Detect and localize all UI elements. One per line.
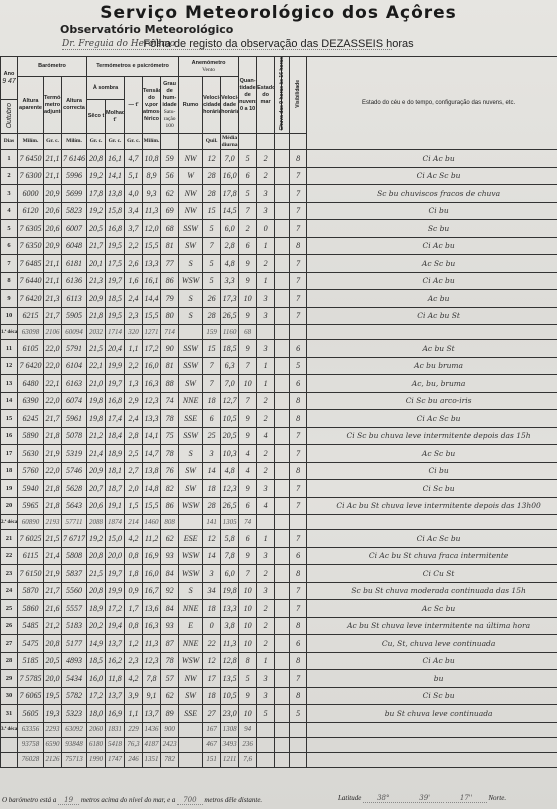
nuv-cell: 74 xyxy=(239,515,257,530)
term-cell: 21,9 xyxy=(44,445,62,463)
alt-cell: 7 6450 xyxy=(18,150,44,168)
tens-cell: 11,3 xyxy=(143,635,161,653)
chuva-cell xyxy=(275,150,290,168)
seco-cell: 14,9 xyxy=(87,635,106,653)
med-cell: 4,8 xyxy=(221,462,239,480)
unit-cell xyxy=(239,134,257,150)
corr-cell: 5961 xyxy=(62,410,87,428)
day-cell: 23 xyxy=(1,565,18,583)
table-row: 25586021,6555718,917,21,713,684NNE1813,3… xyxy=(1,600,557,618)
nuv-total-cell: 7,6 xyxy=(239,752,257,767)
nuv-cell: 9 xyxy=(239,307,257,325)
unit-cell: Média diurna xyxy=(221,134,239,150)
nuv-cell: 7 xyxy=(239,357,257,375)
tens-cell: 7,8 xyxy=(143,670,161,688)
vis-cell: 7 xyxy=(290,445,307,463)
seco-cell: 18,9 xyxy=(87,600,106,618)
day-cell: 28 xyxy=(1,652,18,670)
day-cell: 3 xyxy=(1,185,18,203)
vel-cell: 25 xyxy=(203,427,221,445)
chuva-total-cell xyxy=(275,752,290,767)
vel-cell: 17 xyxy=(203,670,221,688)
chuva-cell xyxy=(275,530,290,548)
rumo-cell: WSW xyxy=(179,547,203,565)
table-row: 127 642022,0610422,119,92,216,081SSW76,3… xyxy=(1,357,557,375)
molh-total-cell: 1747 xyxy=(106,752,125,767)
med-cell: 7,8 xyxy=(221,547,239,565)
rumo-total-cell xyxy=(179,752,203,767)
table-row: 217 602521,57 671719,215,04,211,262ESE12… xyxy=(1,530,557,548)
totals-row: 7602821267571319901747246135178215112117… xyxy=(1,752,557,767)
day-cell: 31 xyxy=(1,705,18,723)
rumo-cell: SSE xyxy=(179,410,203,428)
alt-cell: 5940 xyxy=(18,480,44,498)
mar-total-cell xyxy=(257,752,275,767)
molh-cell: 19,9 xyxy=(106,357,125,375)
rumo-cell: SSW xyxy=(179,340,203,358)
med-cell: 10,5 xyxy=(221,410,239,428)
hum-cell: 79 xyxy=(161,290,179,308)
rumo-cell: E xyxy=(179,617,203,635)
table-row: 11610522,0579121,520,41,117,290SSW1518,5… xyxy=(1,340,557,358)
vis-cell: 8 xyxy=(290,565,307,583)
rumo-cell: NW xyxy=(179,150,203,168)
rumo-cell: S xyxy=(179,445,203,463)
sky-state-cell: Ac Sc bu xyxy=(307,600,557,618)
latitude-line: Latitude 38° 39' 17'' Norte. xyxy=(338,794,506,802)
chuva-cell xyxy=(275,600,290,618)
year-header: Ano9 47 xyxy=(1,57,18,100)
chuva-cell xyxy=(275,237,290,255)
rumo-cell: W xyxy=(179,167,203,185)
tens-cell: 15,5 xyxy=(143,307,161,325)
clouds-header: Quan-tidade de nuvens 0 a 10 xyxy=(239,57,257,134)
seco-cell: 21,7 xyxy=(87,237,106,255)
mar-cell: 1 xyxy=(257,375,275,393)
molh-cell: 13,7 xyxy=(106,687,125,705)
nuv-cell: 9 xyxy=(239,547,257,565)
chuva-cell xyxy=(275,445,290,463)
alt-cell: 7 6485 xyxy=(18,255,44,273)
nuv-cell: 9 xyxy=(239,687,257,705)
chuva-total-cell xyxy=(275,737,290,752)
molh-cell: 19,7 xyxy=(106,565,125,583)
day-cell: 29 xyxy=(1,670,18,688)
tens-cell: 8,9 xyxy=(143,167,161,185)
vis-cell: 6 xyxy=(290,340,307,358)
hum-cell: 76 xyxy=(161,462,179,480)
tens-cell: 9,3 xyxy=(143,185,161,203)
seco-cell: 22,1 xyxy=(87,357,106,375)
tens-cell: 16,7 xyxy=(143,582,161,600)
molh-cell: 1874 xyxy=(106,515,125,530)
sheet-subtitle: Fôlha de registo da observação das DEZAS… xyxy=(0,38,557,50)
molh-cell: 18,7 xyxy=(106,480,125,498)
diff-cell: 2,2 xyxy=(125,357,143,375)
sky-state-cell xyxy=(307,737,557,752)
rumo-cell: SW xyxy=(179,462,203,480)
med-cell: 17,3 xyxy=(221,290,239,308)
mar-cell: 3 xyxy=(257,340,275,358)
diff-cell: 1,7 xyxy=(125,600,143,618)
day-cell: 21 xyxy=(1,530,18,548)
mar-cell: 2 xyxy=(257,600,275,618)
diff-cell: 0,8 xyxy=(125,617,143,635)
unit-cell xyxy=(290,134,307,150)
nuv-cell: 4 xyxy=(239,462,257,480)
nuv-cell: 9 xyxy=(239,410,257,428)
chuva-cell xyxy=(275,617,290,635)
hum-cell: 81 xyxy=(161,357,179,375)
med-cell: 6,0 xyxy=(221,220,239,238)
molh-cell: 15,0 xyxy=(106,530,125,548)
sky-state-cell: Ci Sc bu xyxy=(307,480,557,498)
barometer-height-value: 19 xyxy=(58,796,79,805)
day-cell: 1 xyxy=(1,150,18,168)
corr-cell: 5434 xyxy=(62,670,87,688)
vel-cell: 22 xyxy=(203,635,221,653)
alt-cell: 7 6025 xyxy=(18,530,44,548)
rumo-cell: ESE xyxy=(179,530,203,548)
corr-cell: 5996 xyxy=(62,167,87,185)
alt-cell: 7 6305 xyxy=(18,220,44,238)
day-cell: 15 xyxy=(1,410,18,428)
day-cell: 7 xyxy=(1,255,18,273)
nuv-cell: 6 xyxy=(239,530,257,548)
corr-total-cell: 75713 xyxy=(62,752,87,767)
seco-cell: 18,0 xyxy=(87,705,106,723)
corr-cell: 63092 xyxy=(62,722,87,737)
med-cell: 1308 xyxy=(221,722,239,737)
vapour-tension-header: Tensão do v.por atmos-férico xyxy=(143,77,161,134)
nuv-cell: 9 xyxy=(239,255,257,273)
hum-cell: 77 xyxy=(161,255,179,273)
diff-cell: 3,4 xyxy=(125,202,143,220)
vel-cell: 14 xyxy=(203,547,221,565)
table-row: 17563021,9531921,418,92,514,778S310,3427… xyxy=(1,445,557,463)
hum-cell: 62 xyxy=(161,530,179,548)
tens-cell: 13,8 xyxy=(143,462,161,480)
mar-cell: 3 xyxy=(257,480,275,498)
term-total-cell: 2126 xyxy=(44,752,62,767)
nuv-cell: 4 xyxy=(239,445,257,463)
table-row: 13648022,1616321,019,71,316,388SW77,0101… xyxy=(1,375,557,393)
sky-state-cell xyxy=(307,515,557,530)
term-cell: 22,0 xyxy=(44,462,62,480)
corr-cell: 60094 xyxy=(62,325,87,340)
alt-cell: 6215 xyxy=(18,307,44,325)
sky-state-cell: Ci Ac bu xyxy=(307,237,557,255)
unit-cell xyxy=(161,134,179,150)
sky-state-cell: Ac, bu, bruma xyxy=(307,375,557,393)
tens-total-cell: 4187 xyxy=(143,737,161,752)
hum-cell: 68 xyxy=(161,220,179,238)
seco-cell: 20,8 xyxy=(87,547,106,565)
alt-cell: 6000 xyxy=(18,185,44,203)
sky-state-cell: Ac bu St xyxy=(307,340,557,358)
hum-cell: 808 xyxy=(161,515,179,530)
vis-cell: 8 xyxy=(290,237,307,255)
term-cell: 20,6 xyxy=(44,202,62,220)
seco-cell: 19,8 xyxy=(87,410,106,428)
sky-state-header: Estado do céu e do tempo, configuração d… xyxy=(307,57,557,150)
mar-total-cell xyxy=(257,737,275,752)
chuva-cell xyxy=(275,255,290,273)
vel-cell: 18 xyxy=(203,480,221,498)
tens-total-cell: 1351 xyxy=(143,752,161,767)
rumo-cell: SSW xyxy=(179,220,203,238)
vis-cell: 5 xyxy=(290,357,307,375)
med-cell: 5,8 xyxy=(221,530,239,548)
seco-cell: 21,0 xyxy=(87,375,106,393)
corr-cell: 5791 xyxy=(62,340,87,358)
chuva-cell xyxy=(275,410,290,428)
table-row: 307 606519,5578217,213,73,99,162SW1810,5… xyxy=(1,687,557,705)
med-total-cell: 1211 xyxy=(221,752,239,767)
chuva-cell xyxy=(275,185,290,203)
corr-cell: 5823 xyxy=(62,202,87,220)
seco-cell: 19,8 xyxy=(87,392,106,410)
diff-cell: 214 xyxy=(125,515,143,530)
mar-cell: 3 xyxy=(257,670,275,688)
vis-cell xyxy=(290,325,307,340)
day-cell: 17 xyxy=(1,445,18,463)
molh-cell: 16,8 xyxy=(106,392,125,410)
corr-cell: 5560 xyxy=(62,582,87,600)
med-cell: 19,8 xyxy=(221,582,239,600)
vis-total-cell xyxy=(290,737,307,752)
hum-cell: 62 xyxy=(161,687,179,705)
nuv-cell: 10 xyxy=(239,290,257,308)
alt-cell: 5860 xyxy=(18,600,44,618)
corr-cell: 5183 xyxy=(62,617,87,635)
med-cell: 18,5 xyxy=(221,340,239,358)
molh-cell: 1714 xyxy=(106,325,125,340)
alt-cell: 5760 xyxy=(18,462,44,480)
corr-cell: 7 6146 xyxy=(62,150,87,168)
hum-cell: 92 xyxy=(161,582,179,600)
med-cell: 13,3 xyxy=(221,600,239,618)
sky-state-cell: Ci Ac bu St chuva fraca intermitente xyxy=(307,547,557,565)
seco-cell: 17,2 xyxy=(87,687,106,705)
hum-total-cell: 782 xyxy=(161,752,179,767)
alt-cell: 7 6420 xyxy=(18,290,44,308)
wet-bulb-header: Molhado t' xyxy=(106,100,125,134)
hum-cell: 84 xyxy=(161,565,179,583)
molh-cell: 17,4 xyxy=(106,410,125,428)
decade-label: 2.ª década xyxy=(1,515,18,530)
med-cell: 23,0 xyxy=(221,705,239,723)
hum-cell: 80 xyxy=(161,307,179,325)
vel-cell: 6 xyxy=(203,410,221,428)
seco-total-cell: 6180 xyxy=(87,737,106,752)
sky-state-cell: Ci Sc bu arco-iris xyxy=(307,392,557,410)
term-cell: 21,8 xyxy=(44,427,62,445)
table-row: 31560519,3532318,016,91,113,789SSE2723,0… xyxy=(1,705,557,723)
molh-cell: 14,1 xyxy=(106,167,125,185)
vel-cell: 28 xyxy=(203,497,221,515)
vis-cell: 6 xyxy=(290,375,307,393)
day-cell: 14 xyxy=(1,392,18,410)
vel-cell: 14 xyxy=(203,462,221,480)
vis-cell: 7 xyxy=(290,582,307,600)
seco-cell: 18,5 xyxy=(87,652,106,670)
sky-state-cell xyxy=(307,752,557,767)
alt-cell: 63098 xyxy=(18,325,44,340)
day-cell: 22 xyxy=(1,547,18,565)
sky-state-cell: Ci Ac Sc bu xyxy=(307,530,557,548)
tens-cell: 1460 xyxy=(143,515,161,530)
med-cell: 3,3 xyxy=(221,272,239,290)
diff-cell: 1,1 xyxy=(125,340,143,358)
nuv-cell: 10 xyxy=(239,375,257,393)
sky-state-cell: Ci Ac bu xyxy=(307,652,557,670)
tens-cell: 11,2 xyxy=(143,530,161,548)
med-cell: 26,5 xyxy=(221,307,239,325)
rumo-cell: S xyxy=(179,307,203,325)
med-cell: 26,5 xyxy=(221,497,239,515)
sky-state-cell: Ac bu bruma xyxy=(307,357,557,375)
vis-total-cell xyxy=(290,752,307,767)
day-cell: 2 xyxy=(1,167,18,185)
diff-cell: 2,0 xyxy=(125,480,143,498)
hum-total-cell: 2423 xyxy=(161,737,179,752)
humidity-header: Grau de hum-idadeSatu-ração 100 xyxy=(161,77,179,134)
seco-cell: 17,8 xyxy=(87,185,106,203)
table-row: 57 630520,6600720,516,83,712,068SSW56,02… xyxy=(1,220,557,238)
alt-cell: 7 6440 xyxy=(18,272,44,290)
term-cell: 21,1 xyxy=(44,255,62,273)
vel-total-cell: 467 xyxy=(203,737,221,752)
diff-cell: 320 xyxy=(125,325,143,340)
vel-cell: 7 xyxy=(203,375,221,393)
vis-cell: 7 xyxy=(290,307,307,325)
mar-cell: 3 xyxy=(257,547,275,565)
vis-cell xyxy=(290,722,307,737)
molh-cell: 19,4 xyxy=(106,617,125,635)
nuv-cell: 6 xyxy=(239,167,257,185)
corr-cell: 5078 xyxy=(62,427,87,445)
alt-cell: 6120 xyxy=(18,202,44,220)
nuv-cell: 10 xyxy=(239,582,257,600)
corr-cell: 5177 xyxy=(62,635,87,653)
sky-state-cell: Ci Cu St xyxy=(307,565,557,583)
sky-state-cell: Ac Sc bu xyxy=(307,445,557,463)
hum-cell: 74 xyxy=(161,392,179,410)
table-row: 3600020,9569917,813,84,09,362NW2817,8537… xyxy=(1,185,557,203)
hum-cell: 82 xyxy=(161,480,179,498)
day-cell: 30 xyxy=(1,687,18,705)
molh-cell: 19,9 xyxy=(106,582,125,600)
term-cell: 21,5 xyxy=(44,530,62,548)
term-cell: 21,6 xyxy=(44,600,62,618)
corr-total-cell: 93848 xyxy=(62,737,87,752)
nuv-cell: 2 xyxy=(239,220,257,238)
hum-cell: 90 xyxy=(161,340,179,358)
unit-cell: Milím. xyxy=(62,134,87,150)
rumo-cell: NNE xyxy=(179,635,203,653)
rumo-cell: WSW xyxy=(179,565,203,583)
corr-cell: 5699 xyxy=(62,185,87,203)
diff-cell: 4,2 xyxy=(125,670,143,688)
term-cell: 19,5 xyxy=(44,687,62,705)
mar-cell: 3 xyxy=(257,290,275,308)
alt-cell: 7 6150 xyxy=(18,565,44,583)
diff-cell: 2,7 xyxy=(125,462,143,480)
day-cell: 16 xyxy=(1,427,18,445)
vel-cell: 28 xyxy=(203,307,221,325)
vis-cell: 7 xyxy=(290,220,307,238)
seco-cell: 20,2 xyxy=(87,617,106,635)
corr-cell: 6048 xyxy=(62,237,87,255)
med-cell: 20,5 xyxy=(221,427,239,445)
day-cell: 12 xyxy=(1,357,18,375)
molh-cell: 18,9 xyxy=(106,445,125,463)
diff-cell: 1,5 xyxy=(125,497,143,515)
vel-cell: 18 xyxy=(203,687,221,705)
term-cell: 22,0 xyxy=(44,392,62,410)
tens-cell: 10,8 xyxy=(143,150,161,168)
vel-cell: 141 xyxy=(203,515,221,530)
vis-cell: 8 xyxy=(290,392,307,410)
table-row: 87 644021,1613621,319,71,616,186WSW53,39… xyxy=(1,272,557,290)
hum-cell: 900 xyxy=(161,722,179,737)
mar-cell: 2 xyxy=(257,462,275,480)
barometer-header: Barómetro xyxy=(18,57,87,77)
vis-cell: 8 xyxy=(290,150,307,168)
seco-cell: 20,7 xyxy=(87,480,106,498)
term-cell: 22,1 xyxy=(44,375,62,393)
vis-cell: 5 xyxy=(290,705,307,723)
table-row: 15624521,7596119,817,42,413,378SSE610,59… xyxy=(1,410,557,428)
nuv-cell: 9 xyxy=(239,340,257,358)
vel-cell: 5 xyxy=(203,272,221,290)
table-row: 97 642021,3611320,918,52,414,479S2617,31… xyxy=(1,290,557,308)
totals-label xyxy=(1,737,18,752)
med-cell: 16,0 xyxy=(221,167,239,185)
chuva-cell xyxy=(275,392,290,410)
term-cell: 21,8 xyxy=(44,497,62,515)
med-cell: 10,3 xyxy=(221,445,239,463)
day-cell: 26 xyxy=(1,617,18,635)
med-cell: 4,8 xyxy=(221,255,239,273)
mar-cell: 1 xyxy=(257,237,275,255)
chuva-cell xyxy=(275,652,290,670)
day-cell: 8 xyxy=(1,272,18,290)
diff-cell: 3,7 xyxy=(125,220,143,238)
alt-cell: 6115 xyxy=(18,547,44,565)
term-cell: 21,7 xyxy=(44,582,62,600)
unit-cell: Milím. xyxy=(143,134,161,150)
thermometer-header: Termómetros e psicrómetro xyxy=(87,57,179,77)
diff-total-cell: 246 xyxy=(125,752,143,767)
molh-cell: 19,7 xyxy=(106,272,125,290)
table-row: 297 578520,0543416,011,84,27,857NW1713,5… xyxy=(1,670,557,688)
chuva-cell xyxy=(275,565,290,583)
table-row: 26548521,2518320,219,40,816,393E03,81028… xyxy=(1,617,557,635)
vis-cell: 8 xyxy=(290,617,307,635)
dry-bulb-header: Sêco t xyxy=(87,100,106,134)
alt-cell: 63356 xyxy=(18,722,44,737)
seco-cell: 2032 xyxy=(87,325,106,340)
corr-cell: 5808 xyxy=(62,547,87,565)
service-title: Serviço Meteorológico dos Açôres xyxy=(0,3,557,23)
tens-cell: 15,5 xyxy=(143,237,161,255)
molh-cell: 20,0 xyxy=(106,547,125,565)
nuv-cell: 7 xyxy=(239,565,257,583)
hum-cell: 89 xyxy=(161,705,179,723)
tens-cell: 13,6 xyxy=(143,600,161,618)
